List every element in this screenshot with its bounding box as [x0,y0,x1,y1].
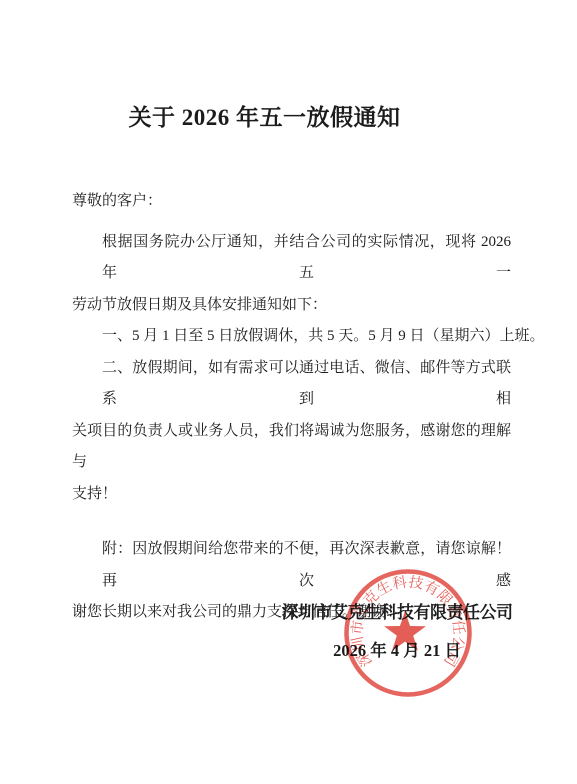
star-icon [384,611,426,651]
salutation: 尊敬的客户： [72,186,511,218]
paragraph-line: 一、5 月 1 日至 5 日放假调休，共 5 天。5 月 9 日（星期六）上班。 [72,321,511,353]
page-title: 关于 2026 年五一放假通知 [0,99,529,132]
paragraph-line: 支持！ [72,479,511,511]
paragraph-line: 劳动节放假日期及具体安排通知如下： [72,290,511,322]
paragraph: 根据国务院办公厅通知，并结合公司的实际情况，现将 2026 年五一 劳动节放假日… [72,227,511,322]
document-page: 关于 2026 年五一放假通知 尊敬的客户： 根据国务院办公厅通知，并结合公司的… [0,0,577,784]
company-seal: 深圳市艾克生科技有限责任公司 [333,558,483,708]
paragraph: 二、放假期间，如有需求可以通过电话、微信、邮件等方式联系到相 关项目的负责人或业… [72,353,511,511]
paragraph-line: 二、放假期间，如有需求可以通过电话、微信、邮件等方式联系到相 [72,353,511,416]
paragraph-line: 根据国务院办公厅通知，并结合公司的实际情况，现将 2026 年五一 [72,227,511,290]
paragraph-line: 关项目的负责人或业务人员，我们将竭诚为您服务，感谢您的理解与 [72,416,511,479]
paragraph: 一、5 月 1 日至 5 日放假调休，共 5 天。5 月 9 日（星期六）上班。 [72,321,511,353]
